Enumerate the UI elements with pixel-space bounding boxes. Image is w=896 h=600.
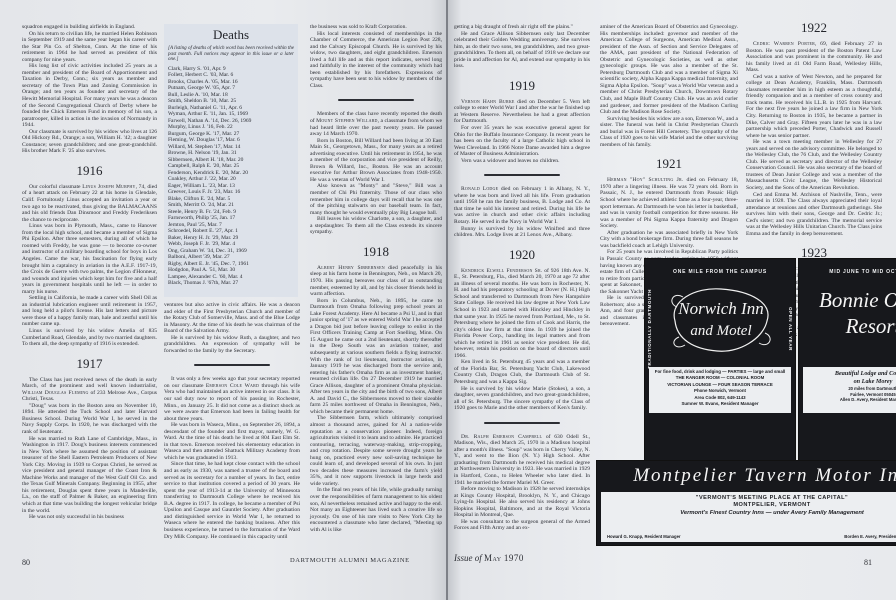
deceased-name: Albert Henry Sibbernsen [317,265,385,271]
running-footer: DARTMOUTH ALUMNI MAGAZINE [290,557,410,564]
right-page: getting a big draught of fresh air right… [448,0,896,600]
class-year-heading: 1921 [600,156,738,172]
deaths-note: [A listing of deaths of which word has b… [168,46,294,63]
deceased-name: Cedric Warren Porter [753,41,815,47]
deceased-name: Kendrick Elwell Fenderson Sr. [461,268,542,274]
deceased-name: Dr. Ralph Emerson Campbell [461,434,542,440]
ad-side-text: TRADITIONALLY DARTMOUTH [647,289,652,369]
right-column-1: getting a big draught of fresh air right… [454,24,590,532]
magazine-spread: squadron engaged in building airfields i… [0,0,896,600]
section-divider [194,364,270,366]
paragraph: Our colorful classmate Linus Joseph Murp… [22,184,157,223]
paragraph: Cedric Warren Porter, 69, died February … [746,41,882,74]
paragraph: Born in Boston, Bill Willard had been li… [310,138,442,184]
paragraph: Bunny is survived by his widow Winifred … [454,226,590,239]
paragraph: Ced and Emma M. Atchison of Nashville, T… [746,192,882,238]
paragraph: Linus was born in Plymouth, Mass., came … [22,223,157,295]
paragraph: He and Grace Allison Sibbernsen only las… [454,31,590,70]
paragraph: His long list of civic activities includ… [22,63,157,128]
norwich-inn-info: For fine food, drink and lodging — PARTI… [649,367,791,413]
deceased-name: Vernon Hahn Burke [461,99,515,105]
paragraph: Ced was a native of West Newton, and he … [746,74,882,139]
paragraph: getting a big draught of fresh air right… [454,24,590,31]
paragraph: Settling in California, he made a career… [22,295,157,328]
paragraph: Our classmate is survived by his widow w… [22,129,157,155]
left-page: squadron engaged in building airfields i… [0,0,448,600]
paragraph: "Doug" was born in the Boston area on No… [22,403,157,436]
class-year-heading: 1922 [746,20,882,36]
paragraph: He was consultant to the surgeon general… [454,519,590,532]
section-divider [338,99,414,101]
ad-side-text: OPEN ALL YEAR [788,307,793,351]
left-column-3: the business was sold to Kraft Corporati… [310,24,442,533]
paragraph: The Sibbernsen farm, which ultimately co… [310,415,442,487]
norwich-inn-logo: Norwich Inn and Motel [665,281,777,359]
left-column-1: squadron engaged in building airfields i… [22,24,157,521]
paragraph: Members of the class have recently repor… [310,111,442,137]
deceased-name: William Douglas Fleming [22,390,89,396]
ad-name-line-2: and Motel [665,323,777,340]
paragraph: Dr. Ralph Emerson Campbell of 630 Odell … [454,434,590,486]
deceased-name: Herman "Hoy" Schulting Jr. [607,177,684,183]
paragraph: Also known as "Monty" and "Steve," Bill … [310,183,442,216]
paragraph: He was born in Waseca, Minn., on Septemb… [164,422,300,461]
norwich-inn-ad: ONE MILE FROM THE CAMPUS TRADITIONALLY D… [644,258,796,463]
paragraph: Ronald Lodge died on February 1 in Alban… [454,186,590,225]
class-year-heading: 1918 [310,244,442,260]
bonnie-oaks-name: Bonnie Oaks Resort [799,287,896,339]
class-year-heading: 1920 [454,247,590,263]
paragraph: It was only a few weeks ago that your se… [164,376,300,422]
montpelier-tavern-ad: Montpelier Tavern Motor Inn "VERMONT'S M… [596,460,896,546]
paragraph: Since that time, he had kept close conta… [164,461,300,540]
deceased-name: Emerson Cole Ward [206,383,259,389]
paragraph: After graduation he was associated brief… [600,230,738,250]
paragraph: Vern was a widower and leaves no childre… [454,158,590,165]
paragraph: His local interests consisted of members… [310,31,442,90]
paragraph: Born in Columbus, Neb., in 1895, he came… [310,298,442,416]
paragraph: Bill leaves his widow Charlotte, a son, … [310,216,442,236]
ad-tagline: MID JUNE TO MID OCTOBER [799,269,896,275]
paragraph: Kendrick Elwell Fenderson Sr. of 926 18t… [454,268,590,360]
deceased-name: Ronald Lodge [461,186,498,192]
deaths-listing-box: Deaths [A listing of deaths of which wor… [164,24,298,297]
paragraph: Before moving to Madison in 1928 he serv… [454,486,590,519]
deceased-name: Mount Stephen Willard [316,118,378,124]
paragraph: Vernon Hahn Burke died on December 5. Ve… [454,99,590,125]
paragraph: The Class has just received news of the … [22,377,157,403]
deaths-title: Deaths [168,27,294,43]
paragraph: Surviving besides his widow are a son, E… [600,116,738,149]
ad-tagline: ONE MILE FROM THE CAMPUS [645,269,795,275]
issue-date: Issue of May 1970 [454,553,524,563]
paragraph: Herman "Hoy" Schulting Jr. died on Febru… [600,177,738,229]
paragraph: In the final ten years of his life, whil… [310,487,442,533]
ornamental-scroll-icon [665,281,777,359]
death-entry: Black, Thomas J. '67th, Mar. 27 [168,280,294,287]
class-year-heading: 1916 [22,163,157,179]
bonnie-oaks-info: Beautiful Lodge and Cottages on Lake Mor… [803,367,896,413]
section-divider [484,174,560,176]
montpelier-tavern-info: "VERMONT'S MEETING PLACE AT THE CAPITAL"… [601,492,896,542]
paragraph: He is survived by his widow Ruth, a daug… [164,335,300,355]
bonnie-oaks-ad: MID JUNE TO MID OCTOBER Bonnie Oaks Reso… [798,258,896,463]
class-year-heading: 1917 [22,356,157,372]
paragraph: aminer of the American Board of Obstetri… [600,24,738,116]
page-number: 81 [864,558,872,567]
paragraph: Albert Henry Sibbernsen died peacefully … [310,265,442,298]
paragraph: ventures but also active in civic affair… [164,302,300,335]
deaths-list: Clark, Harry S. '01, Apr. 9Follett, Herb… [168,66,294,287]
paragraph: He was a town meeting member in Wellesle… [746,139,882,191]
ad-name-line-1: Norwich Inn [665,299,777,319]
left-column-2: ventures but also active in civic affair… [146,302,300,540]
paragraph: He is survived by his widow Marie (Stoke… [454,386,590,412]
montpelier-tavern-name: Montpelier Tavern Motor Inn [597,465,896,487]
section-divider [484,422,560,424]
paragraph: He was married to Ruth Lane of Cambridge… [22,436,157,515]
paragraph: He was not only successful in his busine… [22,514,157,521]
paragraph: For over 35 years he was executive gener… [454,125,590,158]
class-year-heading: 1919 [454,78,590,94]
paragraph: On his return to civilian life, he marri… [22,31,157,64]
page-number: 80 [22,558,30,567]
paragraph: Ken lived in St. Petersburg 45 years and… [454,359,590,385]
paragraph: Linus is survived by his widow Amelia of… [22,328,157,348]
